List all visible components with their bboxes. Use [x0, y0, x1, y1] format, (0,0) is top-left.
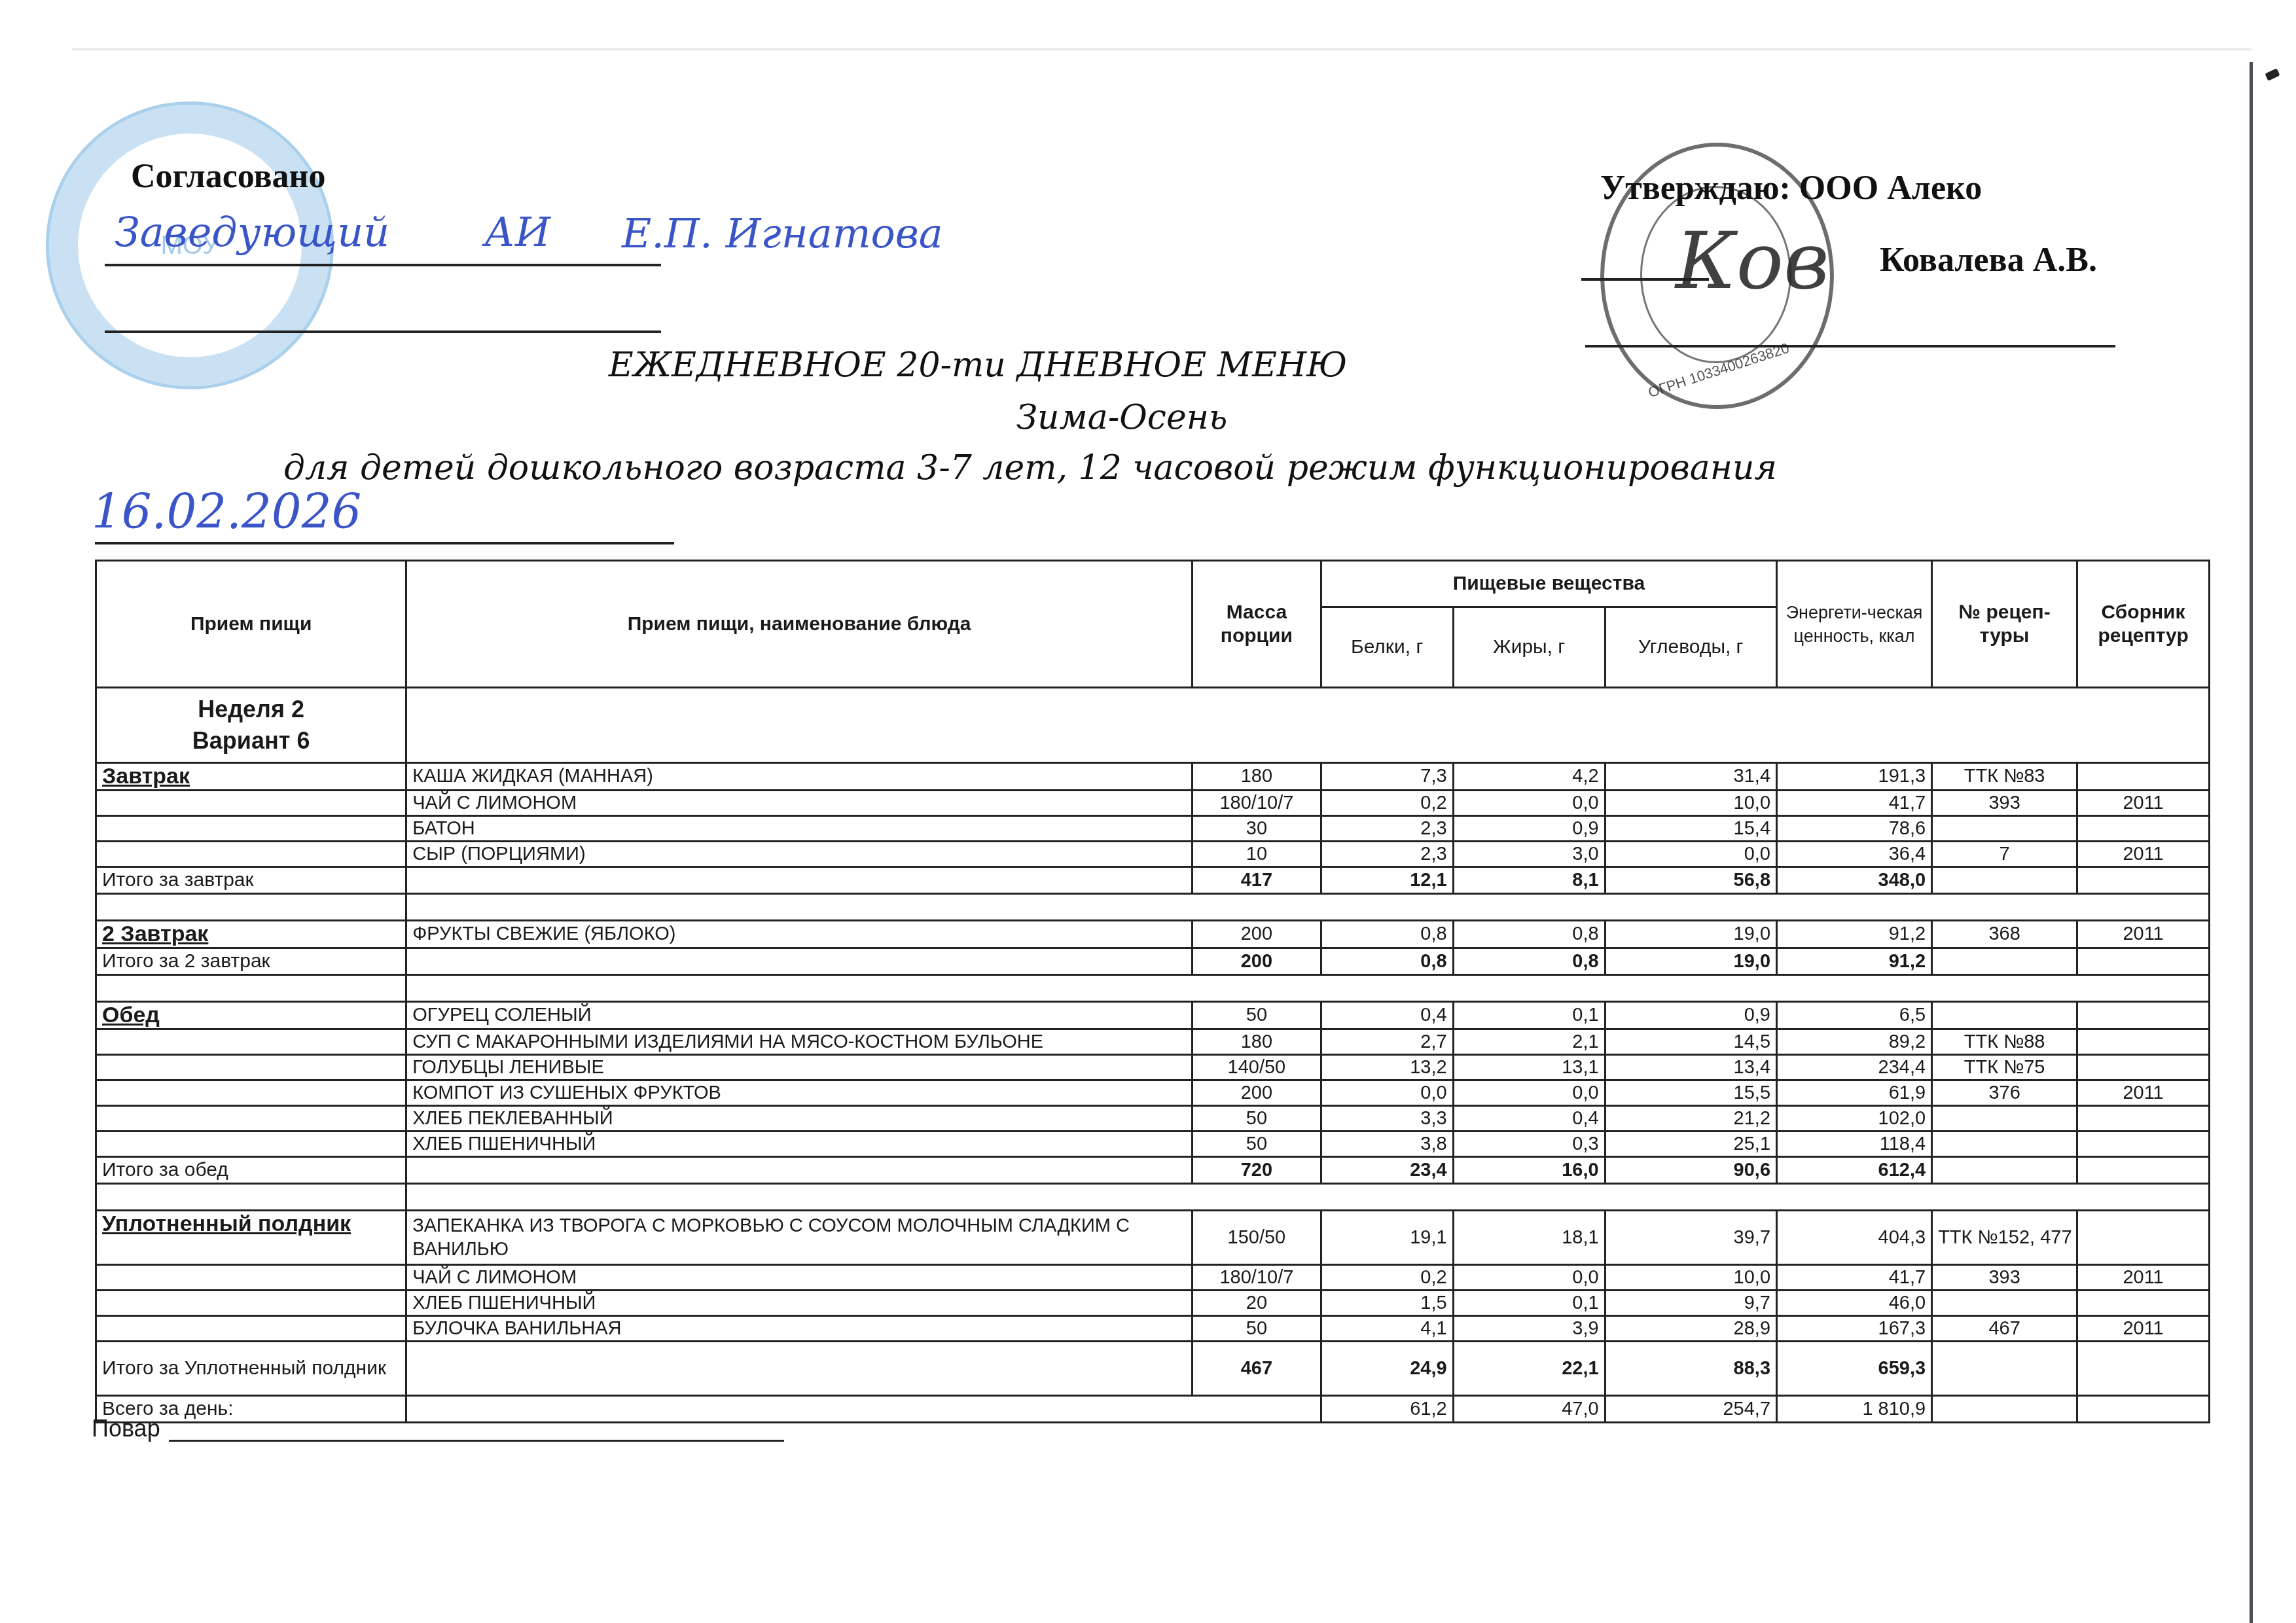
table-row: ОбедОГУРЕЦ СОЛЕНЫЙ500,40,10,96,5: [96, 1002, 2210, 1029]
meal-cell: [96, 1316, 406, 1342]
total-label-cell: Итого за 2 завтрак: [96, 948, 406, 975]
carbs-cell: 0,9: [1605, 1002, 1776, 1029]
meal-cell: [96, 842, 406, 867]
mass-cell: 200: [1193, 1080, 1321, 1106]
table-row: ХЛЕБ ПШЕНИЧНЫЙ503,80,325,1118,4: [96, 1132, 2210, 1157]
total-empty-cell: [406, 1157, 1193, 1184]
table-row: СЫР (ПОРЦИЯМИ)102,33,00,036,472011: [96, 842, 2210, 867]
energy-cell: 167,3: [1777, 1316, 1932, 1342]
energy-cell: 91,2: [1777, 921, 1932, 948]
approved-second-line: [105, 330, 661, 333]
spacer-cell: [96, 1184, 406, 1211]
meal-cell: Уплотненный полдник: [96, 1211, 406, 1265]
menu-table: Прием пищи Прием пищи, наименование блюд…: [95, 560, 2210, 1423]
energy-cell: 6,5: [1777, 1002, 1932, 1029]
carbs-cell: 21,2: [1605, 1106, 1776, 1132]
energy-cell: 41,7: [1777, 791, 1932, 816]
dish-cell: ЗАПЕКАНКА ИЗ ТВОРОГА С МОРКОВЬЮ С СОУСОМ…: [406, 1211, 1193, 1265]
menu-title: ЕЖЕДНЕВНОЕ 20-ти ДНЕВНОЕ МЕНЮ: [0, 346, 2126, 385]
energy-cell: 191,3: [1777, 763, 1932, 791]
header-meal: Прием пищи: [96, 561, 406, 688]
recipe-book-cell: 2011: [2077, 791, 2210, 816]
meal-cell: [96, 1265, 406, 1291]
table-row: ЧАЙ С ЛИМОНОМ180/10/70,20,010,041,739320…: [96, 791, 2210, 816]
spacer-cell: [406, 975, 2210, 1002]
recipe-no-cell: [1932, 816, 2077, 842]
protein-cell: 3,3: [1321, 1106, 1453, 1132]
protein-cell: 2,3: [1321, 816, 1453, 842]
table-row: БАТОН302,30,915,478,6: [96, 816, 2210, 842]
total-protein-cell: 12,1: [1321, 867, 1453, 894]
mass-cell: 180/10/7: [1193, 1265, 1321, 1291]
protein-cell: 7,3: [1321, 763, 1453, 791]
protein-cell: 2,7: [1321, 1029, 1453, 1055]
protein-cell: 0,8: [1321, 921, 1453, 948]
carbs-cell: 19,0: [1605, 921, 1776, 948]
date-underline: [95, 542, 674, 544]
mass-cell: 30: [1193, 816, 1321, 842]
day-total-empty-cell: [1932, 1396, 2077, 1423]
mass-cell: 180: [1193, 763, 1321, 791]
day-total-row: Всего за день:61,247,0254,71 810,9: [96, 1396, 2210, 1423]
recipe-no-cell: ТТК №75: [1932, 1055, 2077, 1080]
fat-cell: 3,0: [1453, 842, 1605, 867]
energy-cell: 36,4: [1777, 842, 1932, 867]
total-row: Итого за завтрак41712,18,156,8348,0: [96, 867, 2210, 894]
recipe-book-cell: 2011: [2077, 842, 2210, 867]
table-row: ХЛЕБ ПЕКЛЕВАННЫЙ503,30,421,2102,0: [96, 1106, 2210, 1132]
total-row: Итого за 2 завтрак2000,80,819,091,2: [96, 948, 2210, 975]
total-carbs-cell: 90,6: [1605, 1157, 1776, 1184]
meal-cell: Обед: [96, 1002, 406, 1029]
energy-cell: 404,3: [1777, 1211, 1932, 1265]
total-empty-cell: [406, 867, 1193, 894]
table-row: СУП С МАКАРОННЫМИ ИЗДЕЛИЯМИ НА МЯСО-КОСТ…: [96, 1029, 2210, 1055]
spacer-cell: [406, 1184, 2210, 1211]
day-total-empty-cell: [2077, 1396, 2210, 1423]
energy-cell: 41,7: [1777, 1265, 1932, 1291]
meal-cell: [96, 791, 406, 816]
dish-cell: ГОЛУБЦЫ ЛЕНИВЫЕ: [406, 1055, 1193, 1080]
mass-cell: 50: [1193, 1106, 1321, 1132]
menu-subtitle: для детей дошкольного возраста 3-7 лет, …: [0, 448, 2178, 488]
fat-cell: 0,8: [1453, 921, 1605, 948]
cook-label: Повар: [92, 1415, 160, 1442]
recipe-book-cell: [2077, 1291, 2210, 1316]
header-protein: Белки, г: [1321, 607, 1453, 688]
confirm-signature: Ков: [1676, 216, 1829, 307]
carbs-cell: 9,7: [1605, 1291, 1776, 1316]
mass-cell: 140/50: [1193, 1055, 1321, 1080]
approved-signature-line: [105, 264, 661, 266]
energy-cell: 234,4: [1777, 1055, 1932, 1080]
fat-cell: 0,0: [1453, 1265, 1605, 1291]
total-fat-cell: 0,8: [1453, 948, 1605, 975]
recipe-book-cell: [2077, 1002, 2210, 1029]
table-row: ХЛЕБ ПШЕНИЧНЫЙ201,50,19,746,0: [96, 1291, 2210, 1316]
dish-cell: КАША ЖИДКАЯ (МАННАЯ): [406, 763, 1193, 791]
recipe-book-cell: [2077, 763, 2210, 791]
total-protein-cell: 0,8: [1321, 948, 1453, 975]
total-mass-cell: 200: [1193, 948, 1321, 975]
table-row: ГОЛУБЦЫ ЛЕНИВЫЕ140/5013,213,113,4234,4ТТ…: [96, 1055, 2210, 1080]
total-empty-cell: [406, 948, 1193, 975]
dish-cell: СЫР (ПОРЦИЯМИ): [406, 842, 1193, 867]
dish-cell: БУЛОЧКА ВАНИЛЬНАЯ: [406, 1316, 1193, 1342]
header-nutrients: Пищевые вещества: [1321, 561, 1776, 607]
fat-cell: 0,3: [1453, 1132, 1605, 1157]
fat-cell: 3,9: [1453, 1316, 1605, 1342]
meal-cell: [96, 1055, 406, 1080]
spacer-row: [96, 975, 2210, 1002]
table-body: Неделя 2 Вариант 6 ЗавтракКАША ЖИДКАЯ (М…: [96, 688, 2210, 1423]
energy-cell: 118,4: [1777, 1132, 1932, 1157]
total-empty-cell: [2077, 867, 2210, 894]
header-fat: Жиры, г: [1453, 607, 1605, 688]
dish-cell: ХЛЕБ ПШЕНИЧНЫЙ: [406, 1132, 1193, 1157]
carbs-cell: 15,4: [1605, 816, 1776, 842]
meal-cell: [96, 1291, 406, 1316]
recipe-book-cell: [2077, 1029, 2210, 1055]
total-energy-cell: 348,0: [1777, 867, 1932, 894]
dish-cell: КОМПОТ ИЗ СУШЕНЫХ ФРУКТОВ: [406, 1080, 1193, 1106]
approved-position-handwritten: Заведующий: [115, 208, 389, 256]
carbs-cell: 25,1: [1605, 1132, 1776, 1157]
table-row: БУЛОЧКА ВАНИЛЬНАЯ504,13,928,9167,3467201…: [96, 1316, 2210, 1342]
energy-cell: 46,0: [1777, 1291, 1932, 1316]
total-row: Итого за обед72023,416,090,6612,4: [96, 1157, 2210, 1184]
total-empty-cell: [406, 1342, 1193, 1396]
total-empty-cell: [2077, 1342, 2210, 1396]
recipe-book-cell: [2077, 1055, 2210, 1080]
fat-cell: 0,9: [1453, 816, 1605, 842]
confirm-label: Утверждаю: ООО Алеко: [1600, 169, 1982, 207]
recipe-no-cell: [1932, 1291, 2077, 1316]
header-recipe-book: Сборник рецептур: [2077, 561, 2210, 688]
mass-cell: 10: [1193, 842, 1321, 867]
confirm-signature-line: [1581, 278, 1709, 281]
spacer-cell: [96, 894, 406, 921]
total-carbs-cell: 88,3: [1605, 1342, 1776, 1396]
recipe-no-cell: ТТК №83: [1932, 763, 2077, 791]
total-mass-cell: 720: [1193, 1157, 1321, 1184]
fat-cell: 18,1: [1453, 1211, 1605, 1265]
total-mass-cell: 417: [1193, 867, 1321, 894]
protein-cell: 0,2: [1321, 791, 1453, 816]
total-mass-cell: 467: [1193, 1342, 1321, 1396]
week-row-empty: [406, 688, 2210, 763]
meal-cell: [96, 1080, 406, 1106]
total-empty-cell: [1932, 948, 2077, 975]
dish-cell: ХЛЕБ ПЕКЛЕВАННЫЙ: [406, 1106, 1193, 1132]
carbs-cell: 10,0: [1605, 791, 1776, 816]
total-empty-cell: [1932, 1342, 2077, 1396]
mass-cell: 180: [1193, 1029, 1321, 1055]
cook-signature-line: [169, 1440, 784, 1442]
energy-cell: 102,0: [1777, 1106, 1932, 1132]
approved-signature: АИ: [484, 208, 550, 256]
total-energy-cell: 91,2: [1777, 948, 1932, 975]
recipe-book-cell: 2011: [2077, 1265, 2210, 1291]
confirm-name: Ковалева А.В.: [1880, 241, 2097, 279]
spacer-cell: [96, 975, 406, 1002]
header-carbs: Углеводы, г: [1605, 607, 1776, 688]
fat-cell: 0,0: [1453, 1080, 1605, 1106]
approved-label: Согласовано: [131, 157, 326, 196]
protein-cell: 3,8: [1321, 1132, 1453, 1157]
recipe-no-cell: 7: [1932, 842, 2077, 867]
total-empty-cell: [2077, 948, 2210, 975]
total-carbs-cell: 19,0: [1605, 948, 1776, 975]
energy-cell: 61,9: [1777, 1080, 1932, 1106]
total-protein-cell: 24,9: [1321, 1342, 1453, 1396]
dish-cell: ФРУКТЫ СВЕЖИЕ (ЯБЛОКО): [406, 921, 1193, 948]
recipe-book-cell: [2077, 1106, 2210, 1132]
recipe-book-cell: [2077, 1132, 2210, 1157]
total-label-cell: Итого за обед: [96, 1157, 406, 1184]
meal-cell: 2 Завтрак: [96, 921, 406, 948]
carbs-cell: 15,5: [1605, 1080, 1776, 1106]
mass-cell: 150/50: [1193, 1211, 1321, 1265]
week-row: Неделя 2 Вариант 6: [96, 688, 2210, 763]
spacer-row: [96, 1184, 2210, 1211]
recipe-no-cell: 467: [1932, 1316, 2077, 1342]
recipe-book-cell: [2077, 816, 2210, 842]
date-handwritten: 16.02.2026: [92, 484, 361, 539]
total-empty-cell: [2077, 1157, 2210, 1184]
mass-cell: 200: [1193, 921, 1321, 948]
recipe-book-cell: 2011: [2077, 1316, 2210, 1342]
protein-cell: 1,5: [1321, 1291, 1453, 1316]
protein-cell: 19,1: [1321, 1211, 1453, 1265]
carbs-cell: 28,9: [1605, 1316, 1776, 1342]
variant-label: Вариант 6: [102, 725, 400, 757]
recipe-no-cell: ТТК №88: [1932, 1029, 2077, 1055]
dish-cell: ЧАЙ С ЛИМОНОМ: [406, 1265, 1193, 1291]
dish-cell: ОГУРЕЦ СОЛЕНЫЙ: [406, 1002, 1193, 1029]
mass-cell: 180/10/7: [1193, 791, 1321, 816]
dish-cell: БАТОН: [406, 816, 1193, 842]
scan-page-edge: [2250, 62, 2253, 1623]
fat-cell: 0,0: [1453, 791, 1605, 816]
recipe-no-cell: [1932, 1002, 2077, 1029]
spacer-cell: [406, 894, 2210, 921]
recipe-no-cell: ТТК №152, 477: [1932, 1211, 2077, 1265]
carbs-cell: 14,5: [1605, 1029, 1776, 1055]
mass-cell: 20: [1193, 1291, 1321, 1316]
fat-cell: 0,4: [1453, 1106, 1605, 1132]
day-total-protein-cell: 61,2: [1321, 1396, 1453, 1423]
recipe-no-cell: 393: [1932, 1265, 2077, 1291]
total-fat-cell: 8,1: [1453, 867, 1605, 894]
fat-cell: 4,2: [1453, 763, 1605, 791]
protein-cell: 2,3: [1321, 842, 1453, 867]
protein-cell: 4,1: [1321, 1316, 1453, 1342]
approved-name-handwritten: Е.П. Игнатова: [622, 209, 943, 257]
carbs-cell: 13,4: [1605, 1055, 1776, 1080]
total-empty-cell: [1932, 867, 2077, 894]
day-total-carbs-cell: 254,7: [1605, 1396, 1776, 1423]
recipe-book-cell: [2077, 1211, 2210, 1265]
dish-cell: ХЛЕБ ПШЕНИЧНЫЙ: [406, 1291, 1193, 1316]
meal-cell: Завтрак: [96, 763, 406, 791]
table-row: Уплотненный полдникЗАПЕКАНКА ИЗ ТВОРОГА …: [96, 1211, 2210, 1265]
meal-cell: [96, 1106, 406, 1132]
fat-cell: 2,1: [1453, 1029, 1605, 1055]
mass-cell: 50: [1193, 1132, 1321, 1157]
fat-cell: 13,1: [1453, 1055, 1605, 1080]
table-row: ЧАЙ С ЛИМОНОМ180/10/70,20,010,041,739320…: [96, 1265, 2210, 1291]
menu-season: Зима-Осень: [0, 398, 2270, 437]
day-total-empty-cell: [406, 1396, 1321, 1423]
scan-mark: [2265, 68, 2280, 80]
protein-cell: 0,2: [1321, 1265, 1453, 1291]
week-cell: Неделя 2 Вариант 6: [96, 688, 406, 763]
carbs-cell: 0,0: [1605, 842, 1776, 867]
recipe-book-cell: 2011: [2077, 1080, 2210, 1106]
table-row: КОМПОТ ИЗ СУШЕНЫХ ФРУКТОВ2000,00,015,561…: [96, 1080, 2210, 1106]
total-label-cell: Итого за Уплотненный полдник: [96, 1342, 406, 1396]
carbs-cell: 39,7: [1605, 1211, 1776, 1265]
mass-cell: 50: [1193, 1002, 1321, 1029]
table-header-row: Прием пищи Прием пищи, наименование блюд…: [96, 561, 2210, 607]
fat-cell: 0,1: [1453, 1002, 1605, 1029]
meal-cell: [96, 1029, 406, 1055]
mass-cell: 50: [1193, 1316, 1321, 1342]
total-energy-cell: 659,3: [1777, 1342, 1932, 1396]
table-row: 2 ЗавтракФРУКТЫ СВЕЖИЕ (ЯБЛОКО)2000,80,8…: [96, 921, 2210, 948]
total-label-cell: Итого за завтрак: [96, 867, 406, 894]
total-carbs-cell: 56,8: [1605, 867, 1776, 894]
spacer-row: [96, 894, 2210, 921]
day-total-fat-cell: 47,0: [1453, 1396, 1605, 1423]
total-fat-cell: 22,1: [1453, 1342, 1605, 1396]
fat-cell: 0,1: [1453, 1291, 1605, 1316]
meal-cell: [96, 1132, 406, 1157]
total-row: Итого за Уплотненный полдник46724,922,18…: [96, 1342, 2210, 1396]
week-label: Неделя 2: [102, 694, 400, 725]
header-energy: Энергети-ческая ценность, ккал: [1777, 561, 1932, 688]
carbs-cell: 10,0: [1605, 1265, 1776, 1291]
header-dish: Прием пищи, наименование блюда: [406, 561, 1193, 688]
recipe-book-cell: 2011: [2077, 921, 2210, 948]
recipe-no-cell: 376: [1932, 1080, 2077, 1106]
carbs-cell: 31,4: [1605, 763, 1776, 791]
recipe-no-cell: 393: [1932, 791, 2077, 816]
total-protein-cell: 23,4: [1321, 1157, 1453, 1184]
total-fat-cell: 16,0: [1453, 1157, 1605, 1184]
header-recipe-no: № рецеп-туры: [1932, 561, 2077, 688]
day-total-energy-cell: 1 810,9: [1777, 1396, 1932, 1423]
header-mass: Масса порции: [1193, 561, 1321, 688]
meal-cell: [96, 816, 406, 842]
recipe-no-cell: 368: [1932, 921, 2077, 948]
protein-cell: 0,4: [1321, 1002, 1453, 1029]
total-empty-cell: [1932, 1157, 2077, 1184]
dish-cell: СУП С МАКАРОННЫМИ ИЗДЕЛИЯМИ НА МЯСО-КОСТ…: [406, 1029, 1193, 1055]
protein-cell: 0,0: [1321, 1080, 1453, 1106]
recipe-no-cell: [1932, 1132, 2077, 1157]
scan-artifact-line: [72, 48, 2251, 50]
total-energy-cell: 612,4: [1777, 1157, 1932, 1184]
energy-cell: 78,6: [1777, 816, 1932, 842]
table-row: ЗавтракКАША ЖИДКАЯ (МАННАЯ)1807,34,231,4…: [96, 763, 2210, 791]
recipe-no-cell: [1932, 1106, 2077, 1132]
energy-cell: 89,2: [1777, 1029, 1932, 1055]
dish-cell: ЧАЙ С ЛИМОНОМ: [406, 791, 1193, 816]
protein-cell: 13,2: [1321, 1055, 1453, 1080]
